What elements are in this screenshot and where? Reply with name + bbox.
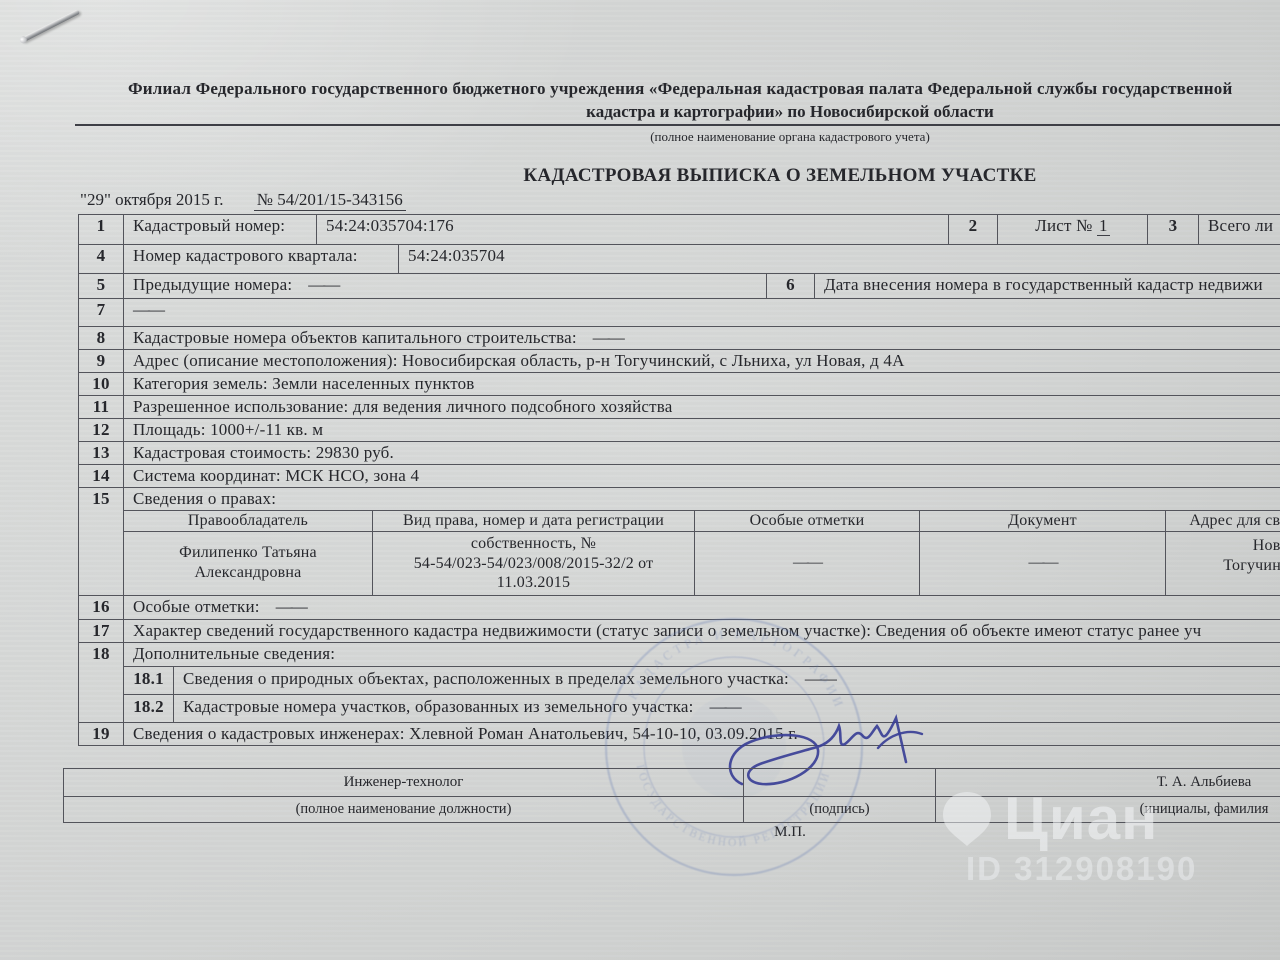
additional-info-label: Дополнительные сведения:	[124, 643, 1280, 666]
rights-block: 15 Сведения о правах: Правообладатель Ви…	[79, 488, 1280, 596]
document-number: № 54/201/15-343156	[254, 190, 406, 211]
dash-placeholder: ——	[593, 328, 623, 347]
row-number: 1	[79, 215, 124, 244]
additional-info-block: 18 Дополнительные сведения: 18.1 Сведени…	[79, 643, 1280, 723]
contact-address-cell: Новоси Тогучински	[1166, 532, 1280, 595]
right-type-line: 11.03.2015	[379, 573, 688, 593]
special-marks-cell: ——	[695, 532, 920, 595]
column-header: Вид права, номер и дата регистрации	[373, 511, 695, 531]
additional-info-content: Дополнительные сведения: 18.1 Сведения о…	[124, 643, 1280, 722]
table-row: 14 Система координат: МСК НСО, зона 4	[79, 465, 1280, 488]
name-caption: (инициалы, фамилия	[936, 797, 1280, 822]
dash-placeholder: ——	[805, 669, 835, 688]
table-row: 7 ——	[79, 299, 1280, 327]
address-line: Тогучински	[1223, 556, 1280, 576]
row-text: Сведения о природных объектах, расположе…	[183, 669, 789, 688]
table-row: 4 Номер кадастрового квартала: 54:24:035…	[79, 245, 1280, 274]
table-row: 5 Предыдущие номера:—— 6 Дата внесения н…	[79, 274, 1280, 299]
land-category-text: Категория земель: Земли населенных пункт…	[124, 373, 1280, 395]
row-number: 15	[79, 488, 124, 595]
cadastral-table: 1 Кадастровый номер: 54:24:035704:176 2 …	[78, 214, 1280, 746]
dash-placeholder: ——	[124, 299, 1280, 326]
right-type: собственность, № 54-54/023-54/023/008/20…	[373, 532, 695, 595]
name-column: Т. А. Альбиева (инициалы, фамилия	[936, 769, 1280, 822]
document-date: "29" октября 2015 г.	[80, 190, 223, 209]
row-number: 12	[79, 419, 124, 441]
table-row: 8 Кадастровые номера объектов капитально…	[79, 327, 1280, 350]
table-row: 17 Характер сведений государственного ка…	[79, 620, 1280, 643]
natural-objects-text: Сведения о природных объектах, расположе…	[174, 667, 844, 694]
date-entered-label: Дата внесения номера в государственный к…	[815, 274, 1280, 298]
row-label: Кадастровый номер:	[124, 215, 317, 244]
column-header: Особые отметки	[695, 511, 920, 531]
signatory-name: Т. А. Альбиева	[936, 769, 1280, 797]
row-number: 5	[79, 274, 124, 298]
subrow-number: 18.1	[124, 667, 174, 694]
right-holder: Филипенко Татьяна Александровна	[124, 532, 373, 595]
rights-label: Сведения о правах:	[124, 488, 1280, 510]
row-number: 11	[79, 396, 124, 418]
sheet-label: Лист №	[1035, 216, 1092, 235]
column-header: Адрес для свя	[1166, 511, 1280, 531]
total-sheets-label: Всего ли	[1199, 215, 1280, 244]
address-line: Новоси	[1253, 536, 1280, 556]
row-number: 14	[79, 465, 124, 487]
cadastral-number-value: 54:24:035704:176	[317, 215, 949, 244]
subrow-number: 18.2	[124, 695, 174, 722]
record-status-text: Характер сведений государственного кадас…	[124, 620, 1280, 642]
table-subrow: 18.1 Сведения о природных объектах, расп…	[124, 666, 1280, 694]
cadastral-engineer-text: Сведения о кадастровых инженерах: Хлевно…	[124, 723, 1280, 745]
signature-column: (подпись)	[744, 769, 936, 822]
table-row: 19 Сведения о кадастровых инженерах: Хле…	[79, 723, 1280, 745]
cadastral-value-text: Кадастровая стоимость: 29830 руб.	[124, 442, 1280, 464]
rights-data-row: Филипенко Татьяна Александровна собствен…	[124, 532, 1280, 595]
position-caption: (полное наименование должности)	[64, 797, 743, 822]
row-label: Номер кадастрового квартала:	[124, 245, 399, 273]
table-row: 12 Площадь: 1000+/-11 кв. м	[79, 419, 1280, 442]
dash-placeholder: ——	[710, 697, 740, 716]
watermark-id: ID 312908190	[966, 852, 1268, 885]
rights-content: Сведения о правах: Правообладатель Вид п…	[124, 488, 1280, 595]
org-name-line2: кадастра и картографии» по Новосибирской…	[290, 102, 1280, 122]
staple-icon	[21, 9, 80, 43]
row-number: 17	[79, 620, 124, 642]
org-name-caption: (полное наименование органа кадастрового…	[290, 129, 1280, 145]
row-text: Особые отметки:	[133, 597, 260, 616]
position-title: Инженер-технолог	[64, 769, 743, 797]
row-number: 3	[1148, 215, 1199, 244]
document-title: КАДАСТРОВАЯ ВЫПИСКА О ЗЕМЕЛЬНОМ УЧАСТКЕ	[280, 165, 1280, 187]
signature-table: Инженер-технолог (полное наименование до…	[63, 768, 1280, 823]
row-text: Кадастровые номера объектов капитального…	[133, 328, 577, 347]
org-name-line1: Филиал Федерального государственного бюд…	[128, 79, 1232, 99]
coordinate-system-text: Система координат: МСК НСО, зона 4	[124, 465, 1280, 487]
dash-placeholder: ——	[308, 275, 338, 294]
table-row: 1 Кадастровый номер: 54:24:035704:176 2 …	[79, 215, 1280, 245]
derived-parcels-text: Кадастровые номера участков, образованны…	[174, 695, 749, 722]
quarter-number-value: 54:24:035704	[399, 245, 1280, 273]
row-number: 6	[767, 274, 815, 298]
row-number: 4	[79, 245, 124, 273]
table-row: 9 Адрес (описание местоположения): Новос…	[79, 350, 1280, 373]
capital-objects: Кадастровые номера объектов капитального…	[124, 327, 1280, 349]
table-row: 16 Особые отметки:——	[79, 596, 1280, 620]
signature-space	[744, 769, 935, 797]
table-row: 13 Кадастровая стоимость: 29830 руб.	[79, 442, 1280, 465]
row-number: 13	[79, 442, 124, 464]
special-marks: Особые отметки:——	[124, 596, 1280, 619]
row-number: 19	[79, 723, 124, 745]
sheet-cell: Лист № 1	[998, 215, 1148, 244]
table-subrow: 18.2 Кадастровые номера участков, образо…	[124, 694, 1280, 722]
row-number: 2	[949, 215, 998, 244]
rights-header-row: Правообладатель Вид права, номер и дата …	[124, 511, 1280, 532]
area-text: Площадь: 1000+/-11 кв. м	[124, 419, 1280, 441]
column-header: Документ	[920, 511, 1166, 531]
row-number: 8	[79, 327, 124, 349]
header-rule	[75, 124, 1280, 126]
row-number: 9	[79, 350, 124, 372]
table-row: 11 Разрешенное использование: для ведени…	[79, 396, 1280, 419]
seal-place-label: М.П.	[700, 824, 880, 841]
row-number: 16	[79, 596, 124, 619]
address-text: Адрес (описание местоположения): Новосиб…	[124, 350, 1280, 372]
row-number: 7	[79, 299, 124, 326]
dash-placeholder: ——	[276, 597, 306, 616]
column-header: Правообладатель	[124, 511, 373, 531]
right-type-line: собственность, №	[379, 534, 688, 554]
permitted-use-text: Разрешенное использование: для ведения л…	[124, 396, 1280, 418]
previous-numbers: Предыдущие номера:——	[124, 274, 767, 298]
table-row: 10 Категория земель: Земли населенных пу…	[79, 373, 1280, 396]
right-type-line: 54-54/023-54/023/008/2015-32/2 от	[379, 554, 688, 574]
position-column: Инженер-технолог (полное наименование до…	[64, 769, 744, 822]
row-number: 18	[79, 643, 124, 722]
row-number: 10	[79, 373, 124, 395]
document-cell: ——	[920, 532, 1166, 595]
signature-caption: (подпись)	[744, 797, 935, 822]
rights-table: Правообладатель Вид права, номер и дата …	[124, 510, 1280, 595]
date-line: "29" октября 2015 г. № 54/201/15-343156	[80, 190, 406, 210]
row-label: Предыдущие номера:	[133, 275, 292, 294]
sheet-value: 1	[1097, 216, 1110, 236]
row-text: Кадастровые номера участков, образованны…	[183, 697, 694, 716]
